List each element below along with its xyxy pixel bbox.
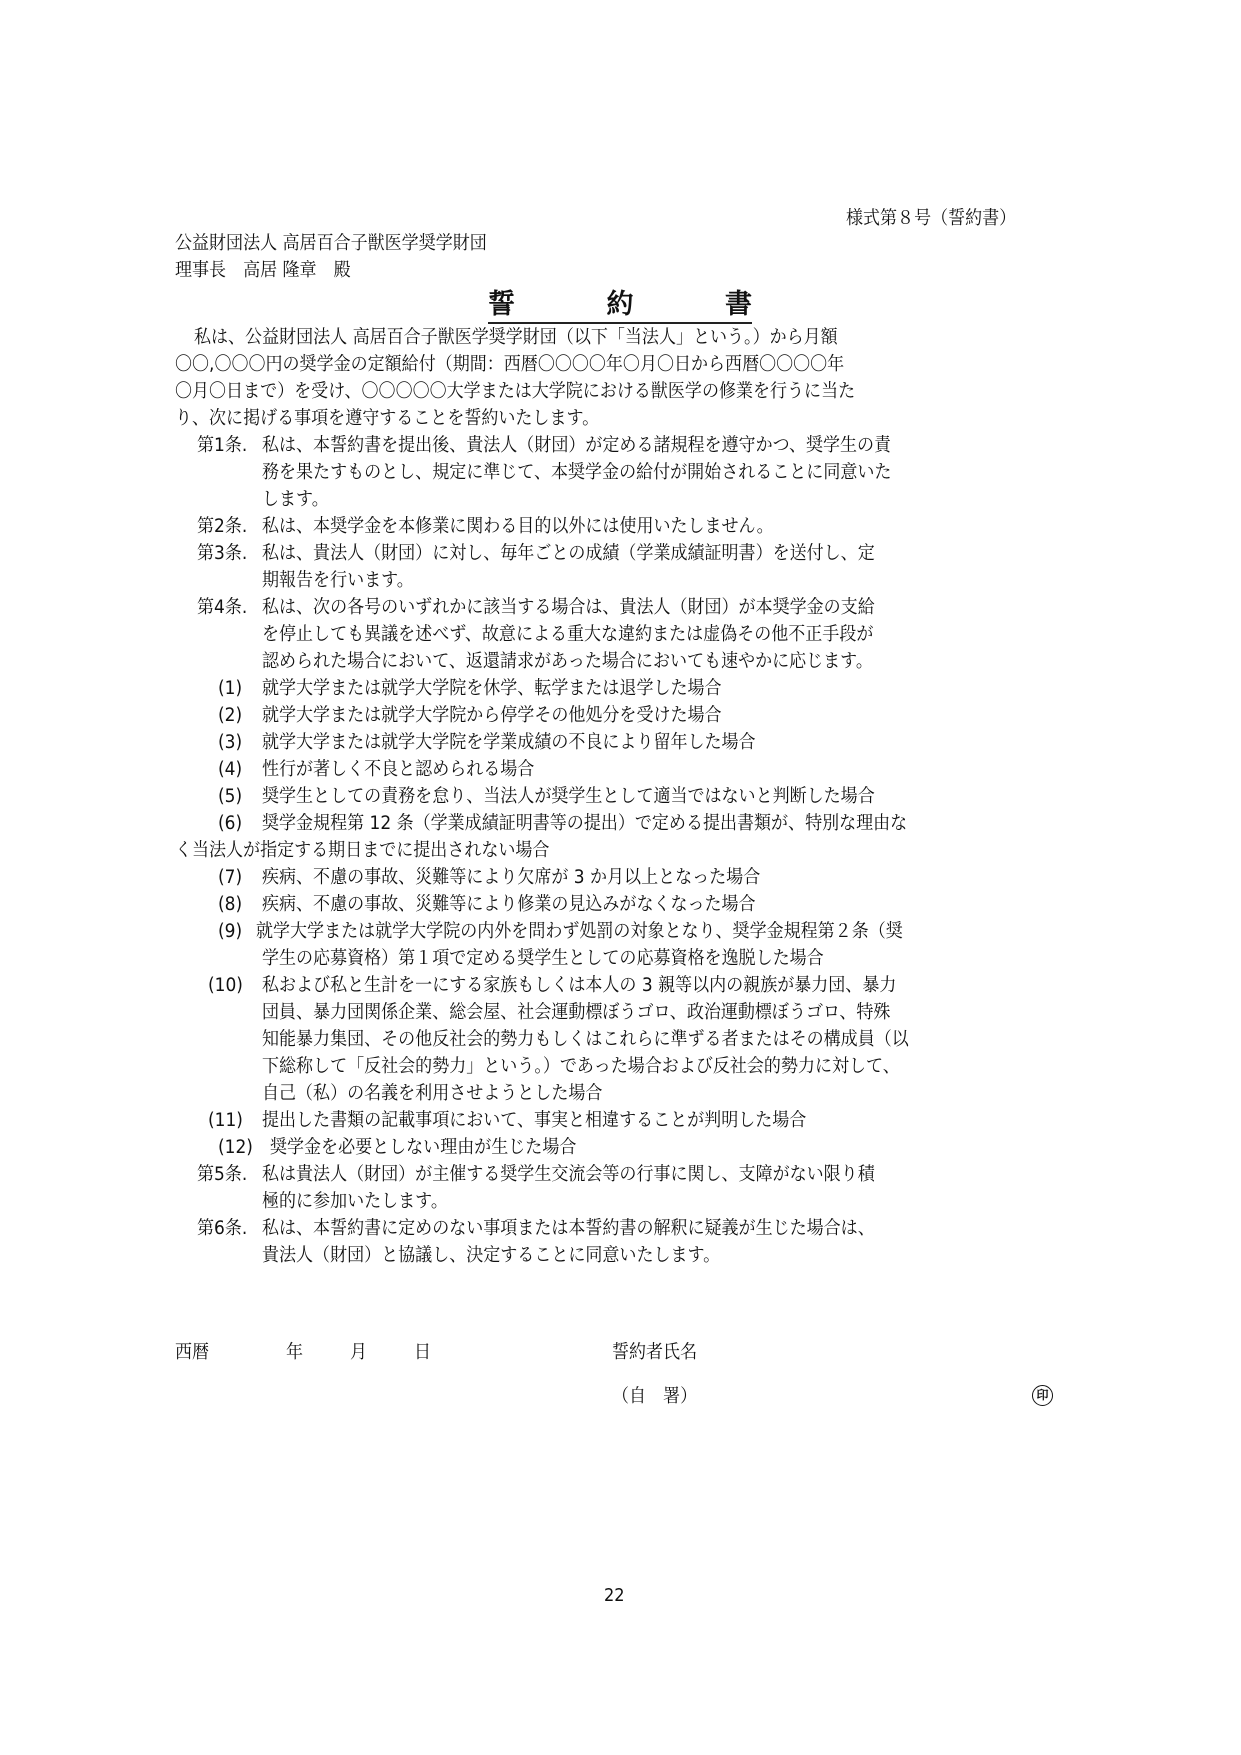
article-label: 第3条.	[197, 542, 247, 566]
item-line: 就学大学または就学大学院を学業成績の不良により留年した場合	[262, 731, 756, 755]
self-signature-label: （自 署）	[612, 1385, 697, 1409]
document-page: 様式第８号（誓約書） 公益財団法人 高居百合子獣医学奨学財団 理事長 高居 隆章…	[0, 0, 1241, 1755]
item-line: 奨学金規程第 12 条（学業成績証明書等の提出）で定める提出書類が、特別な理由な	[262, 812, 907, 836]
item-line: 自己（私）の名義を利用させようとした場合	[262, 1082, 602, 1106]
item-number: (12)	[218, 1136, 253, 1160]
title-char: 誓	[488, 290, 515, 322]
item-line: 知能暴力集団、その他反社会的勢力もしくはこれらに準ずる者またはその構成員（以	[262, 1028, 909, 1052]
preamble-line: 私は、公益財団法人 高居百合子獣医学奨学財団（以下「当法人」という。）から月額	[194, 326, 838, 350]
date-year-label: 年	[286, 1341, 303, 1365]
item-line: 下総称して「反社会的勢力」という。）であった場合および反社会的勢力に対して、	[262, 1055, 900, 1079]
article-line: を停止しても異議を述べず、故意による重大な違約または虚偽その他不正手段が	[262, 623, 873, 647]
article-label: 第5条.	[197, 1163, 247, 1187]
item-number: (11)	[208, 1109, 243, 1133]
article-line: 私は、本誓約書を提出後、貴法人（財団）が定める諸規程を遵守かつ、奨学生の責	[262, 434, 891, 458]
item-line: 疾病、不慮の事故、災難等により欠席が 3 か月以上となった場合	[262, 866, 760, 890]
item-line: 性行が著しく不良と認められる場合	[262, 758, 534, 782]
signer-name-label: 誓約者氏名	[612, 1341, 697, 1365]
item-number: (3)	[218, 731, 242, 755]
article-label: 第6条.	[197, 1217, 247, 1241]
item-line: 私および私と生計を一にする家族もしくは本人の 3 親等以内の親族が暴力団、暴力	[262, 974, 896, 998]
item-number: (7)	[218, 866, 242, 890]
article-line: 私は、本誓約書に定めのない事項または本誓約書の解釈に疑義が生じた場合は、	[262, 1217, 875, 1241]
preamble-line: 〇〇,〇〇〇円の奨学金の定額給付（期間：西暦〇〇〇〇年〇月〇日から西暦〇〇〇〇年	[175, 353, 844, 377]
article-line: 期報告を行います。	[262, 569, 414, 593]
title-char: 約	[607, 290, 634, 322]
article-line: 貴法人（財団）と協議し、決定することに同意いたします。	[262, 1244, 720, 1268]
item-number: (4)	[218, 758, 242, 782]
item-number: (1)	[218, 677, 242, 701]
page-number: 22	[604, 1585, 625, 1607]
page-title: 誓 約 書	[488, 290, 752, 324]
item-line: 奨学金を必要としない理由が生じた場合	[270, 1136, 576, 1160]
preamble-line: り、次に掲げる事項を遵守することを誓約いたします。	[175, 407, 599, 431]
article-label: 第1条.	[197, 434, 247, 458]
date-day-label: 日	[414, 1341, 431, 1365]
article-line: 認められた場合において、返還請求があった場合においても速やかに応じます。	[262, 650, 873, 674]
item-line: 疾病、不慮の事故、災難等により修業の見込みがなくなった場合	[262, 893, 756, 917]
item-line: 奨学生としての責務を怠り、当法人が奨学生として適当ではないと判断した場合	[262, 785, 875, 809]
item-line: 団員、暴力団関係企業、総会屋、社会運動標ぼうゴロ、政治運動標ぼうゴロ、特殊	[262, 1001, 890, 1025]
item-number: (10)	[208, 974, 243, 998]
date-era-label: 西暦	[175, 1341, 209, 1365]
item-line: 学生の応募資格）第１項で定める奨学生としての応募資格を逸脱した場合	[262, 947, 824, 971]
form-number: 様式第８号（誓約書）	[846, 207, 1016, 231]
item-number: (5)	[218, 785, 242, 809]
article-line: 私は、次の各号のいずれかに該当する場合は、貴法人（財団）が本奨学金の支給	[262, 596, 875, 620]
preamble-line: 〇月〇日まで）を受け、〇〇〇〇〇大学または大学院における獣医学の修業を行うに当た	[175, 380, 855, 404]
article-line: 極的に参加いたします。	[262, 1190, 448, 1214]
article-label: 第4条.	[197, 596, 247, 620]
title-char: 書	[725, 290, 752, 322]
article-line: 私は、本奨学金を本修業に関わる目的以外には使用いたしません。	[262, 515, 774, 539]
item-number: (9)	[218, 920, 242, 944]
item-line: 就学大学または就学大学院を休学、転学または退学した場合	[262, 677, 722, 701]
item-line: 就学大学または就学大学院の内外を問わず処罰の対象となり、奨学金規程第２条（奨	[256, 920, 903, 944]
article-line: します。	[262, 488, 329, 512]
item-line: 提出した書類の記載事項において、事実と相違することが判明した場合	[262, 1109, 806, 1133]
addressee-person: 理事長 高居 隆章 殿	[175, 259, 351, 283]
date-month-label: 月	[350, 1341, 367, 1365]
item-line: 就学大学または就学大学院から停学その他処分を受けた場合	[262, 704, 722, 728]
item-line: く当法人が指定する期日までに提出されない場合	[175, 839, 549, 863]
article-label: 第2条.	[197, 515, 247, 539]
article-line: 私は、貴法人（財団）に対し、毎年ごとの成績（学業成績証明書）を送付し、定	[262, 542, 875, 566]
addressee-organization: 公益財団法人 高居百合子獣医学奨学財団	[175, 232, 487, 256]
article-line: 私は貴法人（財団）が主催する奨学生交流会等の行事に関し、支障がない限り積	[262, 1163, 875, 1187]
item-number: (6)	[218, 812, 242, 836]
seal-icon: 印	[1032, 1385, 1053, 1406]
article-line: 務を果たすものとし、規定に準じて、本奨学金の給付が開始されることに同意いた	[262, 461, 891, 485]
item-number: (8)	[218, 893, 242, 917]
item-number: (2)	[218, 704, 242, 728]
